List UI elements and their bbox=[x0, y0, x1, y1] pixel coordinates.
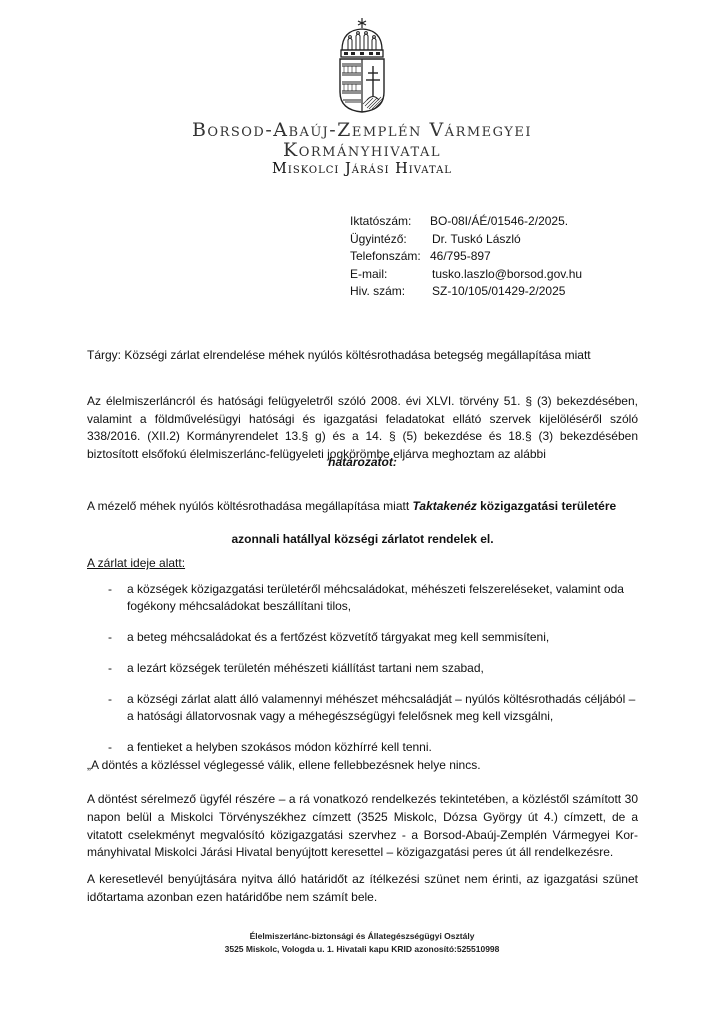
meta-value: BO-08I/ÁÉ/01546-2/2025. bbox=[430, 213, 568, 231]
meta-label: Ügyintéző: bbox=[350, 231, 432, 249]
dash-bullet-icon: - bbox=[87, 739, 127, 756]
list-item: - a községek közigazgatási területéről m… bbox=[87, 581, 638, 615]
deadline-paragraph: A keresetlevél benyújtására nyitva álló … bbox=[87, 871, 638, 906]
municipality-name: Taktakenéz bbox=[413, 499, 477, 513]
meta-row-phone: Telefonszám: 46/795-897 bbox=[350, 248, 582, 266]
decision-heading: határozatot: bbox=[87, 454, 638, 472]
list-item: - a lezárt községek területén méhészeti … bbox=[87, 660, 638, 677]
subject-line: Tárgy: Községi zárlat elrendelése méhek … bbox=[87, 347, 638, 365]
footer-address: 3525 Miskolc, Vologda u. 1. Hivatali kap… bbox=[0, 943, 724, 956]
footer-department: Élelmiszerlánc-biztonsági és Állategészs… bbox=[0, 930, 724, 943]
list-item-text: a fentieket a helyben szokásos módon köz… bbox=[127, 739, 638, 756]
meta-row-reference-number: Hiv. szám: SZ-10/105/01429-2/2025 bbox=[350, 283, 582, 301]
meta-row-filing-number: Iktatószám: BO-08I/ÁÉ/01546-2/2025. bbox=[350, 213, 582, 231]
meta-label: E-mail: bbox=[350, 266, 432, 284]
list-item-text: a községi zárlat alatt álló valamennyi m… bbox=[127, 691, 638, 725]
restrictions-heading: A zárlat ideje alatt: bbox=[87, 555, 638, 573]
list-item-text: a lezárt községek területén méhészeti ki… bbox=[127, 660, 638, 677]
dash-bullet-icon: - bbox=[87, 581, 127, 615]
org-name-line3: Miskolci Járási Hivatal bbox=[0, 161, 724, 177]
decision-text-pre: A mézelő méhek nyúlós költésrothadása me… bbox=[87, 499, 413, 513]
dash-bullet-icon: - bbox=[87, 691, 127, 725]
meta-row-case-officer: Ügyintéző: Dr. Tuskó László bbox=[350, 231, 582, 249]
meta-label: Telefonszám: bbox=[350, 248, 430, 266]
list-item: - a beteg méhcsaládokat és a fertőzést k… bbox=[87, 629, 638, 646]
meta-row-email: E-mail: tusko.laszlo@borsod.gov.hu bbox=[350, 266, 582, 284]
legal-remedy-paragraph: A döntést sérelmező ügyfél részére – a r… bbox=[87, 791, 638, 862]
meta-value: Dr. Tuskó László bbox=[432, 231, 521, 249]
decision-order: azonnali hatállyal községi zárlatot rend… bbox=[87, 531, 638, 549]
list-item-text: a beteg méhcsaládokat és a fertőzést köz… bbox=[127, 629, 638, 646]
org-name-line1: Borsod-Abaúj-Zemplén Vármegyei bbox=[0, 119, 724, 141]
decision-text-post: közigazgatási területére bbox=[477, 499, 616, 513]
dash-bullet-icon: - bbox=[87, 629, 127, 646]
dash-bullet-icon: - bbox=[87, 660, 127, 677]
decision-statement: A mézelő méhek nyúlós költésrothadása me… bbox=[87, 498, 638, 516]
list-item: - a fentieket a helyben szokásos módon k… bbox=[87, 739, 638, 756]
coat-of-arms-icon bbox=[336, 16, 388, 114]
intro-paragraph: Az élelmiszerláncról és hatósági felügye… bbox=[87, 393, 638, 463]
meta-label: Iktatószám: bbox=[350, 213, 430, 231]
footer: Élelmiszerlánc-biztonsági és Állategészs… bbox=[0, 930, 724, 956]
email-link[interactable]: tusko.laszlo@borsod.gov.hu bbox=[432, 266, 582, 284]
meta-value: SZ-10/105/01429-2/2025 bbox=[432, 283, 565, 301]
list-item: - a községi zárlat alatt álló valamennyi… bbox=[87, 691, 638, 725]
finality-statement: „A döntés a közléssel véglegessé válik, … bbox=[87, 757, 638, 775]
list-item-text: a községek közigazgatási területéről méh… bbox=[127, 581, 638, 615]
org-name-line2: Kormányhivatal bbox=[0, 139, 724, 161]
document-page: Borsod-Abaúj-Zemplén Vármegyei Kormányhi… bbox=[0, 0, 724, 1024]
reference-block: Iktatószám: BO-08I/ÁÉ/01546-2/2025. Ügyi… bbox=[350, 213, 582, 301]
restrictions-list: - a községek közigazgatási területéről m… bbox=[87, 581, 638, 770]
meta-label: Hiv. szám: bbox=[350, 283, 432, 301]
meta-value: 46/795-897 bbox=[430, 248, 491, 266]
